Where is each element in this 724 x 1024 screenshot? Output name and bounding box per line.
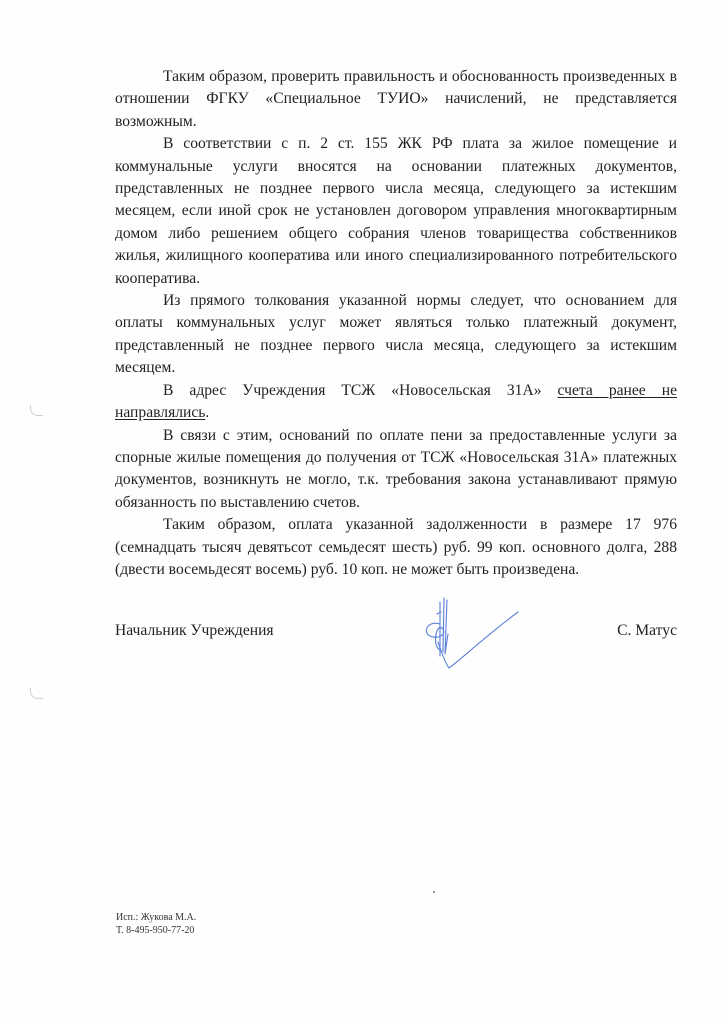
- paragraph-4-end: .: [205, 404, 209, 421]
- document-page: Таким образом, проверить правильность и …: [0, 0, 724, 1024]
- paragraph-1: Таким образом, проверить правильность и …: [115, 66, 677, 133]
- document-footer: Исп.: Жукова М.А. Т. 8-495-950-77-20: [116, 911, 196, 937]
- scan-speck: [433, 891, 435, 893]
- paragraph-4: В адрес Учреждения ТСЖ «Новосельская 31А…: [115, 380, 677, 425]
- punch-hole-mark: [30, 405, 43, 416]
- phone-line: Т. 8-495-950-77-20: [116, 924, 196, 937]
- paragraph-4-text: В адрес Учреждения ТСЖ «Новосельская 31А…: [163, 382, 558, 399]
- letter-body: Таким образом, проверить правильность и …: [115, 66, 677, 581]
- paragraph-3: Из прямого толкования указанной нормы сл…: [115, 290, 677, 380]
- signature-row: Начальник Учреждения С. Матус: [115, 622, 677, 646]
- paragraph-5: В связи с этим, оснований по оплате пени…: [115, 425, 677, 515]
- paragraph-2: В соответствии с п. 2 ст. 155 ЖК РФ плат…: [115, 133, 677, 290]
- paragraph-6: Таким образом, оплата указанной задолжен…: [115, 514, 677, 581]
- punch-hole-mark: [30, 688, 43, 699]
- executor-line: Исп.: Жукова М.А.: [116, 911, 196, 924]
- handwritten-signature-icon: [418, 594, 528, 672]
- position-title: Начальник Учреждения: [115, 622, 274, 640]
- signer-name: С. Матус: [617, 622, 677, 640]
